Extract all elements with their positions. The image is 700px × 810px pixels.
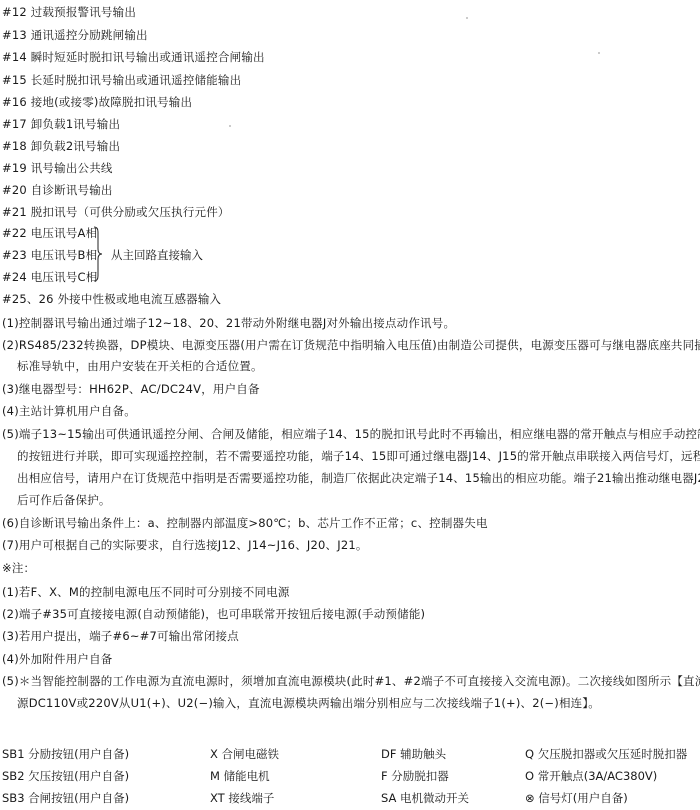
legend-sb2: SB2 欠压按钮(用户自备) xyxy=(2,768,129,784)
legend-o: O 常开触点(3A/AC380V) xyxy=(525,768,657,784)
terminal-19: #19 讯号输出公共线 xyxy=(2,160,113,176)
legend-x: X 合闸电磁铁 xyxy=(210,746,279,762)
note-1: (1)控制器讯号输出通过端子12~18、20、21带动外附继电器J对外输出接点动… xyxy=(2,315,455,331)
legend-q: Q 欠压脱扣器或欠压延时脱扣器 xyxy=(525,746,687,762)
remark-4: (4)外加附件用户自备 xyxy=(2,651,113,667)
legend-m: M 储能电机 xyxy=(210,768,270,784)
terminal-25-26: #25、26 外接中性极或地电流互感器输入 xyxy=(2,291,221,307)
note-5: (5)端子13~15输出可供通讯遥控分闸、合闸及储能，相应端子14、15的脱扣讯… xyxy=(2,426,700,442)
curly-brace-icon xyxy=(93,226,103,282)
brace-label: 从主回路直接输入 xyxy=(111,247,203,263)
remark-5: (5)＊当智能控制器的工作电源为直流电源时，须增加直流电源模块(此时#1、#2端… xyxy=(2,673,700,689)
note-5-cont-3: 后可作后备保护。 xyxy=(17,492,111,508)
legend-sb3: SB3 合闸按钮(用户自备) xyxy=(2,790,129,806)
remark-2: (2)端子#35可直接接电源(自动预储能)，也可串联常开按钮后接电源(手动预储能… xyxy=(2,606,425,622)
legend-f: F 分励脱扣器 xyxy=(381,768,449,784)
note-2-cont: 标准导轨中，由用户安装在开关柜的合适位置。 xyxy=(17,358,263,374)
remark-3: (3)若用户提出，端子#6~#7可输出常闭接点 xyxy=(2,628,239,644)
terminal-15: #15 长延时脱扣讯号输出或通讯遥控储能输出 xyxy=(2,72,241,88)
legend-xt: XT 接线端子 xyxy=(210,790,274,806)
terminal-18: #18 卸负载2讯号输出 xyxy=(2,138,120,154)
note-5-cont-1: 的按钮进行并联，即可实现遥控控制，若不需要遥控功能，端子14、15即可通过继电器… xyxy=(17,448,700,464)
terminal-23: #23 电压讯号B相 xyxy=(2,247,97,263)
terminal-21: #21 脱扣讯号（可供分励或欠压执行元件） xyxy=(2,204,230,220)
note-4: (4)主站计算机用户自备。 xyxy=(2,403,136,419)
terminal-13: #13 通讯遥控分励跳闸输出 xyxy=(2,27,148,43)
legend-signal-lamp: ⊗ 信号灯(用户自备) xyxy=(525,790,628,806)
note-6: (6)自诊断讯号输出条件上：a、控制器内部温度>80℃；b、芯片工作不正常；c、… xyxy=(2,515,488,531)
note-2: (2)RS485/232转换器，DP模块、电源变压器(用户需在订货规范中指明输入… xyxy=(2,337,700,353)
scan-speck xyxy=(598,52,600,54)
note-7: (7)用户可根据自己的实际要求，自行选接J12、J14~J16、J20、J21。 xyxy=(2,537,368,553)
remark-5-cont: 源DC110V或220V从U1(+)、U2(−)输入，直流电源模块两输出端分别相… xyxy=(17,695,600,711)
terminal-22: #22 电压讯号A相 xyxy=(2,225,97,241)
terminal-16: #16 接地(或接零)故障脱扣讯号输出 xyxy=(2,94,192,110)
legend-df: DF 辅助触头 xyxy=(381,746,446,762)
legend-sb1: SB1 分励按钮(用户自备) xyxy=(2,746,129,762)
terminal-20: #20 自诊断讯号输出 xyxy=(2,182,113,198)
terminal-12: #12 过载预报警讯号输出 xyxy=(2,4,136,20)
remark-heading: ※注： xyxy=(2,560,35,576)
terminal-24: #24 电压讯号C相 xyxy=(2,269,97,285)
remark-1: (1)若F、X、M的控制电源电压不同时可分别接不同电源 xyxy=(2,584,290,600)
terminal-14: #14 瞬时短延时脱扣讯号输出或通讯遥控合闸输出 xyxy=(2,49,265,65)
terminal-17: #17 卸负载1讯号输出 xyxy=(2,116,120,132)
note-3: (3)继电器型号：HH62P、AC/DC24V，用户自备 xyxy=(2,381,260,397)
scan-speck xyxy=(229,125,231,127)
scan-speck xyxy=(466,17,468,19)
note-5-cont-2: 出相应信号，请用户在订货规范中指明是否需要遥控功能，制造厂依据此决定端子14、1… xyxy=(17,470,700,486)
legend-sa: SA 电机微动开关 xyxy=(381,790,469,806)
